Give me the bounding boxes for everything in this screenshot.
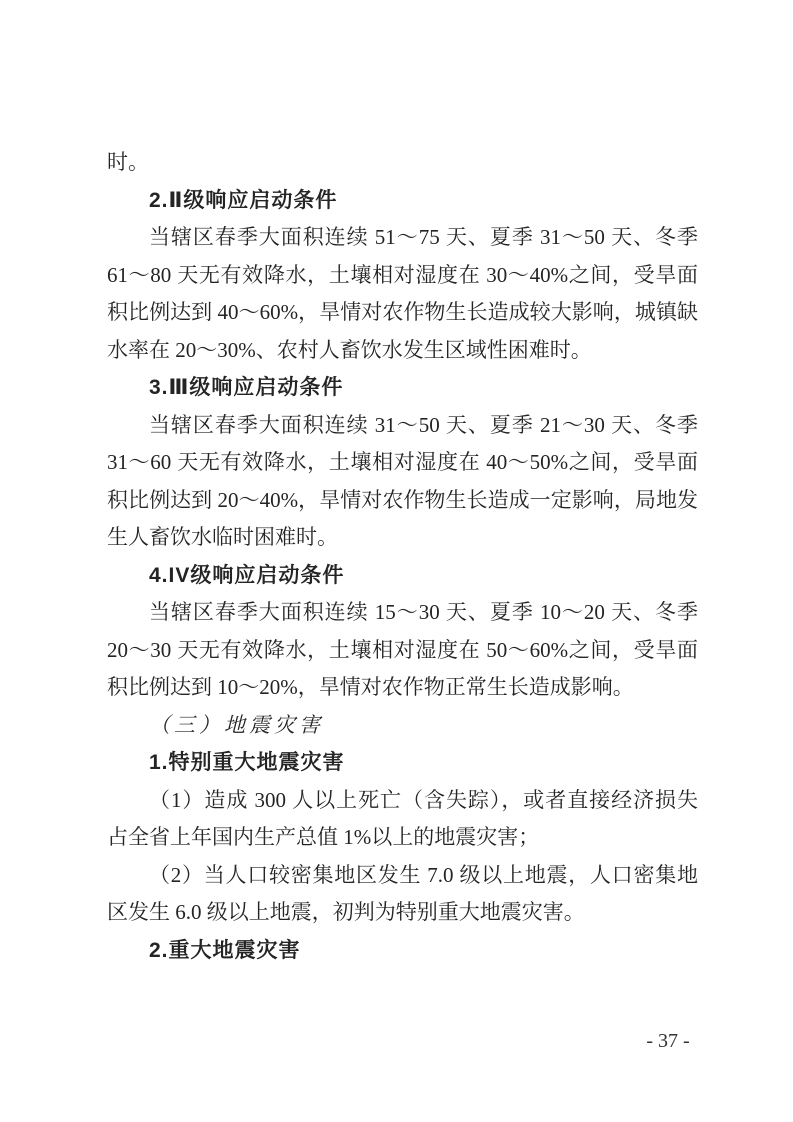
text-line: （1）造成 300 人以上死亡（含失踪），或者直接经济损失 bbox=[107, 782, 698, 820]
text-line: 2.Ⅱ级响应启动条件 bbox=[107, 182, 698, 220]
text-line: 20～30 天无有效降水，土壤相对湿度在 50～60%之间，受旱面 bbox=[107, 632, 698, 670]
text-line: 当辖区春季大面积连续 51～75 天、夏季 31～50 天、冬季 bbox=[107, 219, 698, 257]
document-page: 时。2.Ⅱ级响应启动条件当辖区春季大面积连续 51～75 天、夏季 31～50 … bbox=[0, 0, 793, 1122]
text-line: 水率在 20～30%、农村人畜饮水发生区域性困难时。 bbox=[107, 332, 698, 370]
text-line: 占全省上年国内生产总值 1%以上的地震灾害； bbox=[107, 819, 698, 857]
text-line: 当辖区春季大面积连续 31～50 天、夏季 21～30 天、冬季 bbox=[107, 407, 698, 445]
text-line: （三）地震灾害 bbox=[107, 707, 698, 745]
page-number: - 37 - bbox=[612, 1027, 724, 1055]
text-line: 时。 bbox=[107, 144, 698, 182]
text-line: 1.特别重大地震灾害 bbox=[107, 744, 698, 782]
text-line: 积比例达到 10～20%，旱情对农作物正常生长造成影响。 bbox=[107, 669, 698, 707]
text-line: 2.重大地震灾害 bbox=[107, 932, 698, 970]
text-line: 3.Ⅲ级响应启动条件 bbox=[107, 369, 698, 407]
text-content: 时。2.Ⅱ级响应启动条件当辖区春季大面积连续 51～75 天、夏季 31～50 … bbox=[107, 144, 698, 969]
text-line: 4.IV级响应启动条件 bbox=[107, 557, 698, 595]
text-line: 区发生 6.0 级以上地震，初判为特别重大地震灾害。 bbox=[107, 894, 698, 932]
text-line: 生人畜饮水临时困难时。 bbox=[107, 519, 698, 557]
text-line: 当辖区春季大面积连续 15～30 天、夏季 10～20 天、冬季 bbox=[107, 594, 698, 632]
text-line: 31～60 天无有效降水，土壤相对湿度在 40～50%之间，受旱面 bbox=[107, 444, 698, 482]
text-line: 积比例达到 40～60%，旱情对农作物生长造成较大影响，城镇缺 bbox=[107, 294, 698, 332]
text-line: 61～80 天无有效降水，土壤相对湿度在 30～40%之间，受旱面 bbox=[107, 257, 698, 295]
text-line: （2）当人口较密集地区发生 7.0 级以上地震，人口密集地 bbox=[107, 857, 698, 895]
text-line: 积比例达到 20～40%，旱情对农作物生长造成一定影响，局地发 bbox=[107, 482, 698, 520]
